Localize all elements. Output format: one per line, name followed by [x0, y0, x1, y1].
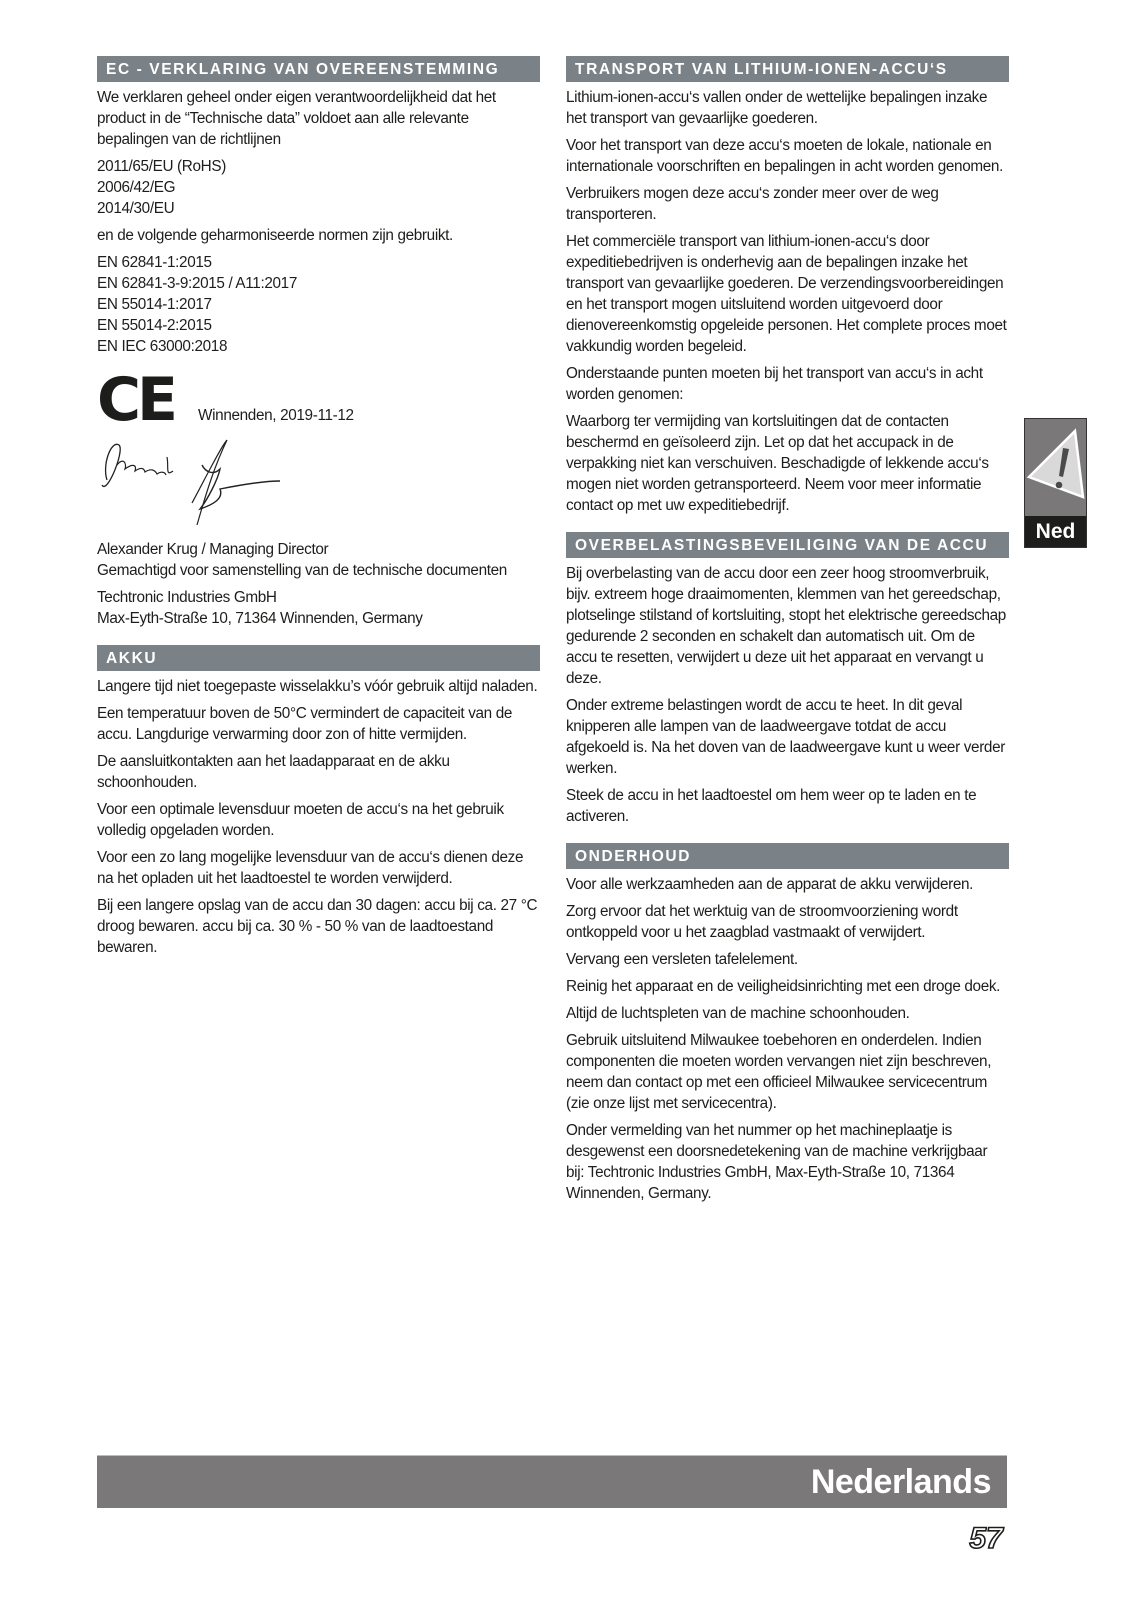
left-column: EC - VERKLARING VAN OVEREENSTEMMING We v… [97, 56, 540, 964]
footer-language: Nederlands [811, 1459, 991, 1505]
signatory-block: Alexander Krug / Managing Director Gemac… [97, 539, 540, 581]
directive-list: 2011/65/EU (RoHS) 2006/42/EG 2014/30/EU [97, 156, 540, 219]
right-column: TRANSPORT VAN LITHIUM-IONEN-ACCU‘S Lithi… [566, 56, 1009, 1210]
overload-paragraph: Onder extreme belastingen wordt de accu … [566, 695, 1009, 779]
footer-language-bar: Nederlands [97, 1455, 1007, 1508]
company-address: Max-Eyth-Straße 10, 71364 Winnenden, Ger… [97, 608, 540, 629]
akku-paragraph: Langere tijd niet toegepaste wisselakku’… [97, 676, 540, 697]
akku-paragraph: De aansluitkontakten aan het laadapparaa… [97, 751, 540, 793]
page-number: 57 [966, 1524, 1006, 1554]
standard-item: EN 62841-3-9:2015 / A11:2017 [97, 273, 540, 294]
overload-paragraph: Steek de accu in het laadtoestel om hem … [566, 785, 1009, 827]
section-heading-overload: OVERBELASTINGSBEVEILIGING VAN DE ACCU [566, 532, 1009, 558]
maintenance-paragraph: Voor alle werkzaamheden aan de apparat d… [566, 874, 1009, 895]
ce-row: CE Winnenden, 2019-11-12 [97, 369, 540, 425]
standard-item: EN IEC 63000:2018 [97, 336, 540, 357]
maintenance-paragraph: Reinig het apparaat en de veiligheidsinr… [566, 976, 1009, 997]
signatory-authorization: Gemachtigd voor samenstelling van de tec… [97, 560, 540, 581]
directive-item: 2011/65/EU (RoHS) [97, 156, 540, 177]
section-heading-ec-declaration: EC - VERKLARING VAN OVEREENSTEMMING [97, 56, 540, 82]
warning-exclamation-icon [1025, 419, 1086, 516]
company-block: Techtronic Industries GmbH Max-Eyth-Stra… [97, 587, 540, 629]
standard-item: EN 62841-1:2015 [97, 252, 540, 273]
directive-item: 2014/30/EU [97, 198, 540, 219]
transport-paragraph: Voor het transport van deze accu‘s moete… [566, 135, 1009, 177]
section-heading-transport: TRANSPORT VAN LITHIUM-IONEN-ACCU‘S [566, 56, 1009, 82]
signatory-name: Alexander Krug / Managing Director [97, 539, 540, 560]
transport-paragraph: Waarborg ter vermijding van kortsluiting… [566, 411, 1009, 516]
overload-paragraph: Bij overbelasting van de accu door een z… [566, 563, 1009, 689]
maintenance-paragraph: Altijd de luchtspleten van de machine sc… [566, 1003, 1009, 1024]
akku-paragraph: Voor een optimale levensduur moeten de a… [97, 799, 540, 841]
standard-item: EN 55014-2:2015 [97, 315, 540, 336]
place-date: Winnenden, 2019-11-12 [198, 407, 354, 425]
maintenance-paragraph: Vervang een versleten tafelelement. [566, 949, 1009, 970]
language-side-tab: Ned [1024, 418, 1087, 548]
section-heading-akku: AKKU [97, 645, 540, 671]
akku-paragraph: Een temperatuur boven de 50°C vermindert… [97, 703, 540, 745]
maintenance-paragraph: Zorg ervoor dat het werktuig van de stro… [566, 901, 1009, 943]
directive-item: 2006/42/EG [97, 177, 540, 198]
company-name: Techtronic Industries GmbH [97, 587, 540, 608]
ec-intro: We verklaren geheel onder eigen verantwo… [97, 87, 540, 150]
akku-paragraph: Voor een zo lang mogelijke levensduur va… [97, 847, 540, 889]
transport-paragraph: Onderstaande punten moeten bij het trans… [566, 363, 1009, 405]
transport-paragraph: Lithium-ionen-accu‘s vallen onder de wet… [566, 87, 1009, 129]
standards-intro: en de volgende geharmoniseerde normen zi… [97, 225, 540, 246]
language-code: Ned [1025, 516, 1086, 547]
section-heading-maintenance: ONDERHOUD [566, 843, 1009, 869]
signature-image [97, 435, 540, 535]
maintenance-paragraph: Onder vermelding van het nummer op het m… [566, 1120, 1009, 1204]
maintenance-paragraph: Gebruik uitsluitend Milwaukee toebehoren… [566, 1030, 1009, 1114]
standard-item: EN 55014-1:2017 [97, 294, 540, 315]
akku-paragraph: Bij een langere opslag van de accu dan 3… [97, 895, 540, 958]
transport-paragraph: Verbruikers mogen deze accu‘s zonder mee… [566, 183, 1009, 225]
standards-list: EN 62841-1:2015 EN 62841-3-9:2015 / A11:… [97, 252, 540, 357]
ce-mark-icon: CE [97, 375, 174, 425]
transport-paragraph: Het commerciële transport van lithium-io… [566, 231, 1009, 357]
